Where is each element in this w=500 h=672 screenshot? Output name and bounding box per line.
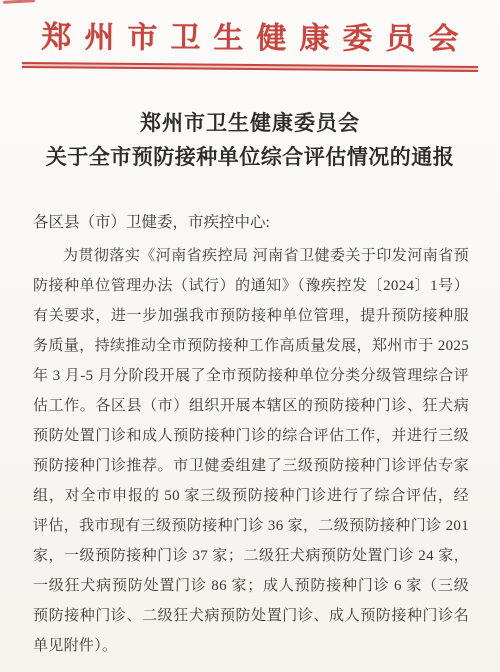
document-title-subject: 关于全市预防接种单位综合评估情况的通报: [0, 145, 500, 169]
document-title-issuer: 郑州市卫生健康委员会: [0, 111, 500, 135]
letterhead-divider-rule: [22, 62, 478, 72]
document-page: 郑州市卫生健康委员会 郑州市卫生健康委员会 关于全市预防接种单位综合评估情况的通…: [0, 0, 500, 672]
salutation-line: 各区县（市）卫健委，市疾控中心:: [33, 212, 470, 234]
body-paragraph: 为贯彻落实《河南省疾控局 河南省卫健委关于印发河南省预防接种单位管理办法（试行）…: [33, 241, 469, 661]
letterhead-org-name: 郑州市卫生健康委员会: [0, 0, 500, 58]
letterhead: 郑州市卫生健康委员会: [0, 0, 500, 70]
document-title: 郑州市卫生健康委员会 关于全市预防接种单位综合评估情况的通报: [0, 111, 500, 169]
